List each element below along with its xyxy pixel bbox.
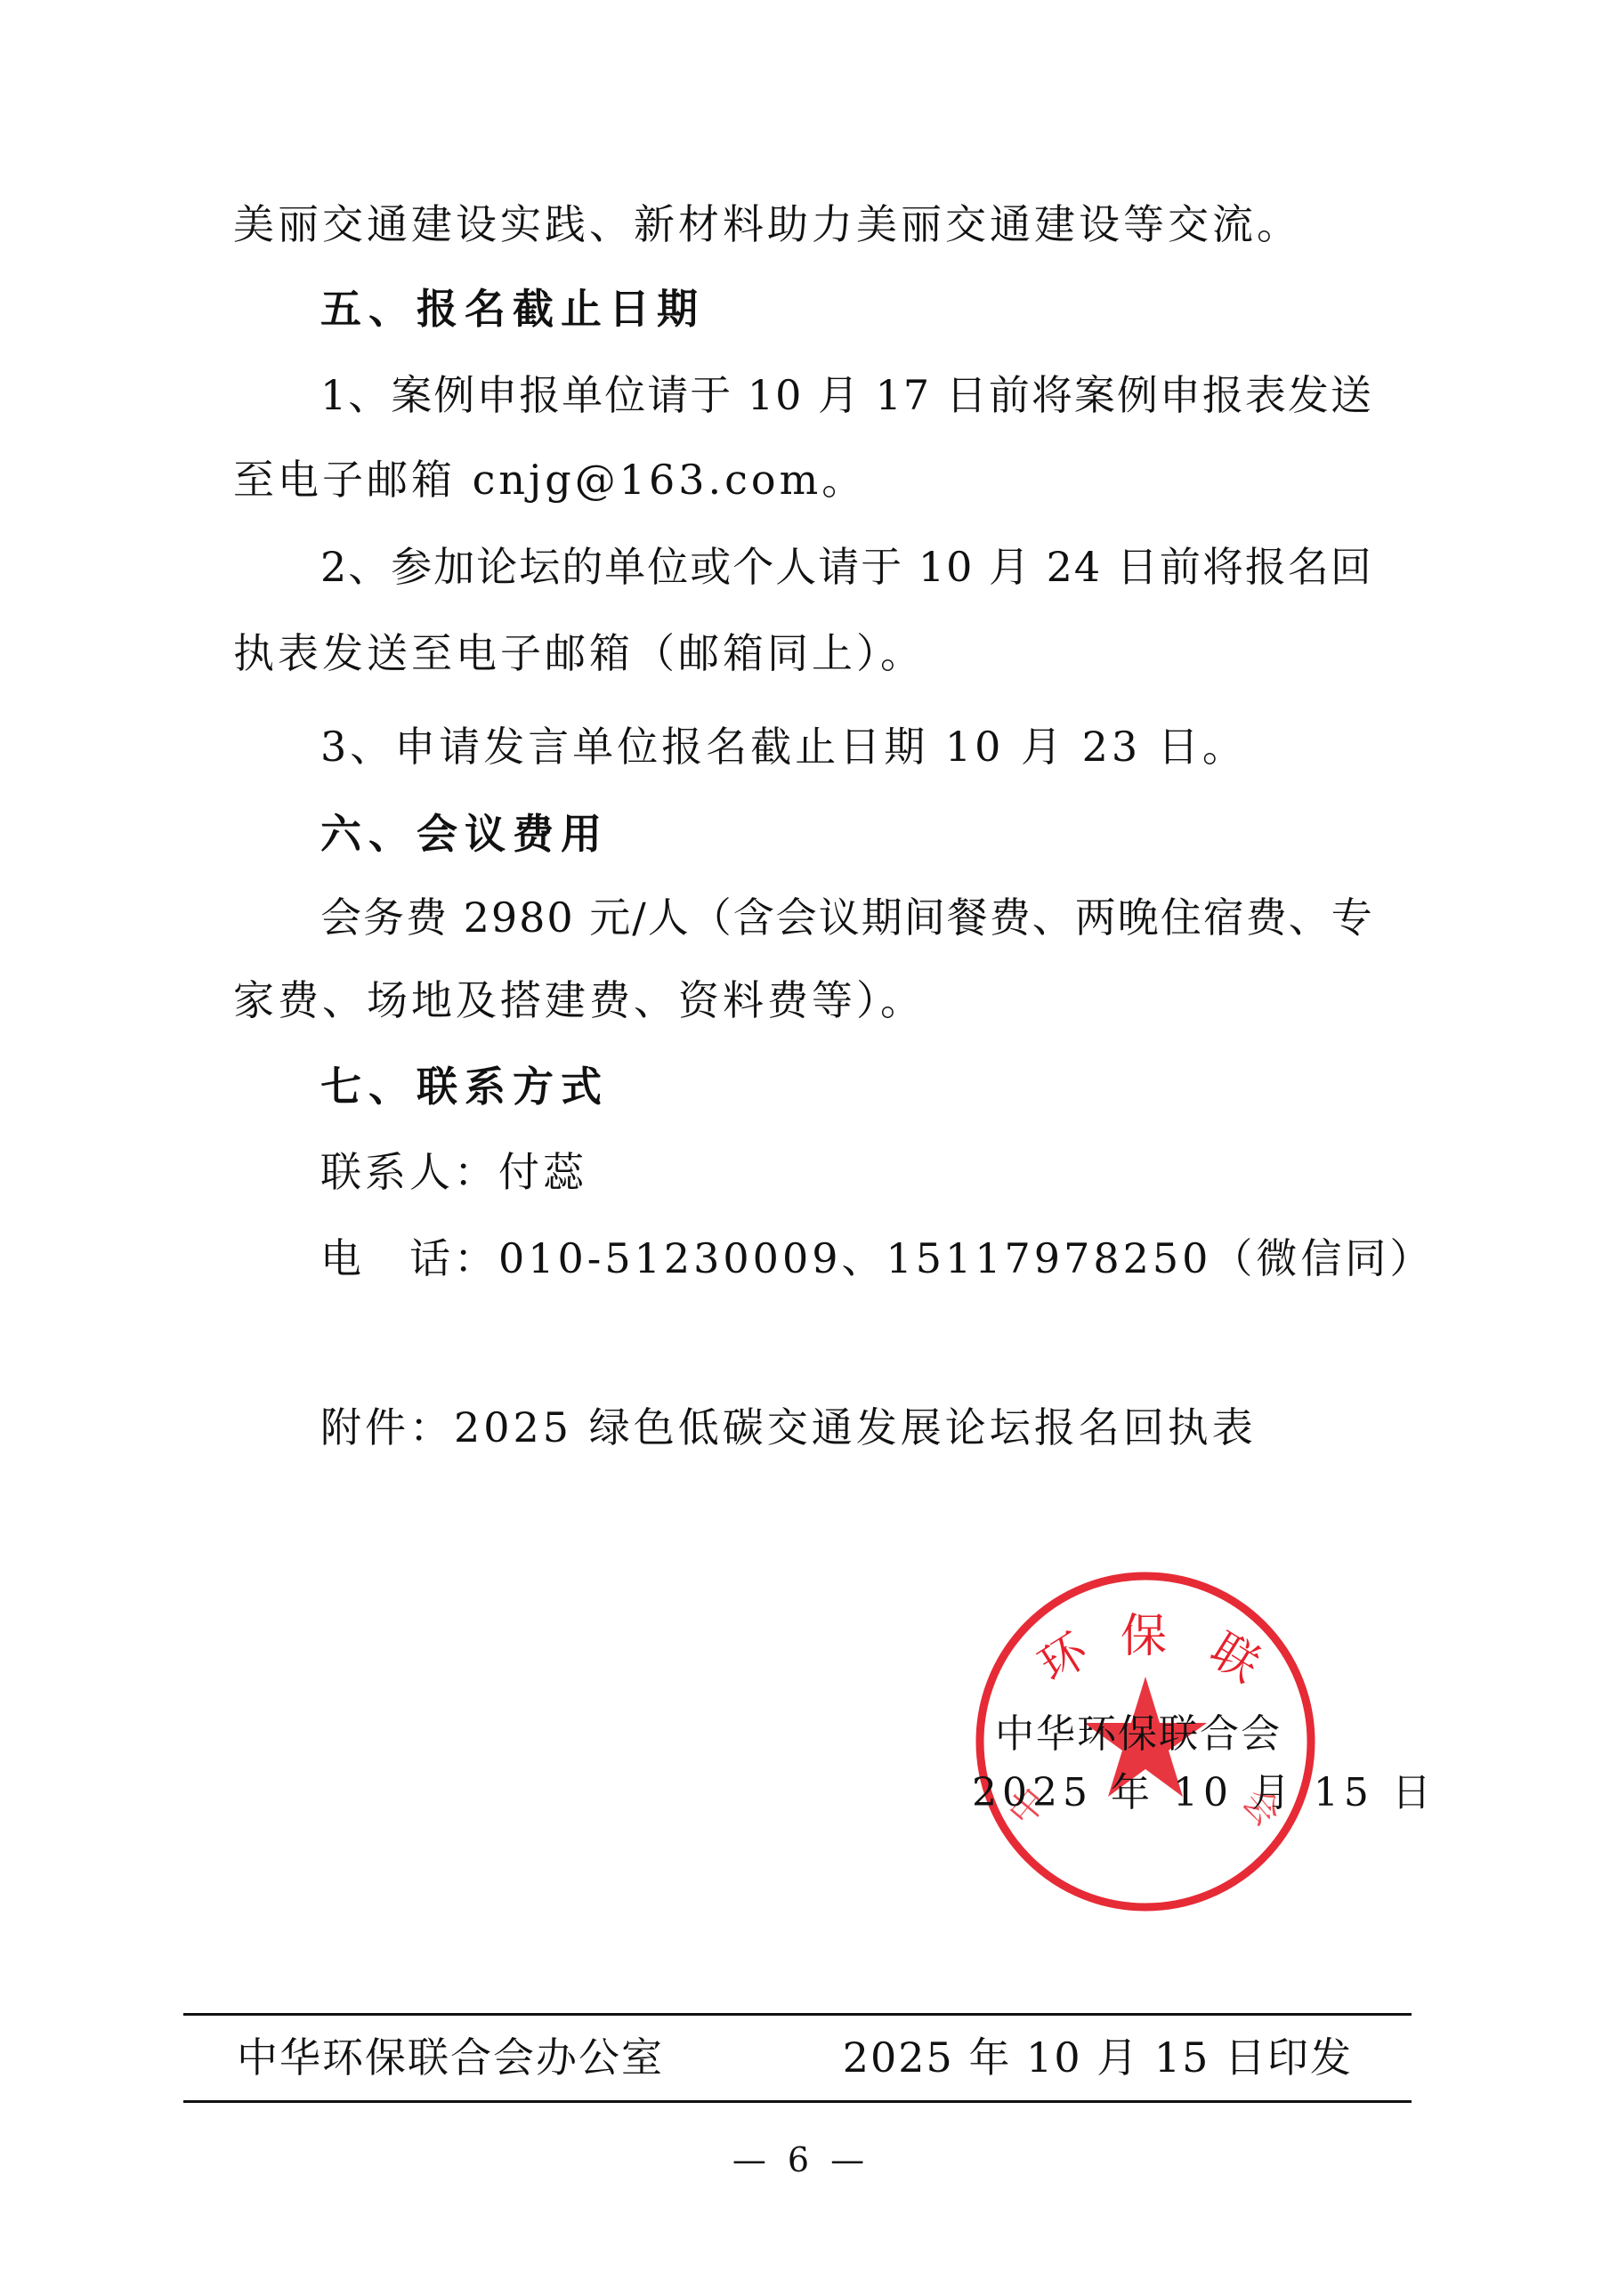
svg-text:环: 环 (1030, 1623, 1099, 1694)
contact-phone: 电 话：010-51230009、15117978250（微信同） (320, 1232, 1362, 1285)
section-heading-meeting-fee: 六、会议费用 (320, 807, 1362, 861)
document-page: 美丽交通建设实践、新材料助力美丽交通建设等交流。 五、报名截止日期 1、案例申报… (0, 0, 1602, 2296)
footer-issue-date: 2025 年 10 月 15 日印发 (843, 2031, 1353, 2084)
page-number: — 6 — (0, 2139, 1602, 2180)
body-line-fee-continued: 家费、场地及搭建费、资料费等）。 (233, 974, 1362, 1027)
body-line-forum-registration: 2、参加论坛的单位或个人请于 10 月 24 日前将报名回 (320, 540, 1362, 594)
body-line-email-same: 执表发送至电子邮箱（邮箱同上）。 (233, 627, 1362, 680)
signature-organization: 中华环保联合会 (995, 1712, 1282, 1757)
body-line-continuation: 美丽交通建设实践、新材料助力美丽交通建设等交流。 (233, 198, 1362, 251)
body-line-case-deadline: 1、案例申报单位请于 10 月 17 日前将案例申报表发送 (320, 368, 1362, 422)
footer-issuer: 中华环保联合会办公室 (237, 2031, 664, 2084)
footer-bottom-rule (183, 2100, 1412, 2103)
body-line-speaker-deadline: 3、申请发言单位报名截止日期 10 月 23 日。 (320, 720, 1362, 773)
svg-text:保: 保 (1121, 1610, 1167, 1663)
footer-top-rule (183, 2013, 1412, 2016)
attachment-link[interactable]: 附件：2025 绿色低碳交通发展论坛报名回执表 (320, 1401, 1362, 1454)
contact-person: 联系人：付蕊 (320, 1145, 1362, 1199)
body-line-email: 至电子邮箱 cnjg@163.com。 (233, 453, 1362, 506)
svg-text:联: 联 (1201, 1623, 1268, 1693)
signature-date: 2025 年 10 月 15 日 (972, 1771, 1436, 1815)
body-line-fee: 会务费 2980 元/人（含会议期间餐费、两晚住宿费、专 (320, 891, 1362, 944)
section-heading-registration-deadline: 五、报名截止日期 (320, 282, 1362, 336)
section-heading-contact: 七、联系方式 (320, 1060, 1362, 1113)
